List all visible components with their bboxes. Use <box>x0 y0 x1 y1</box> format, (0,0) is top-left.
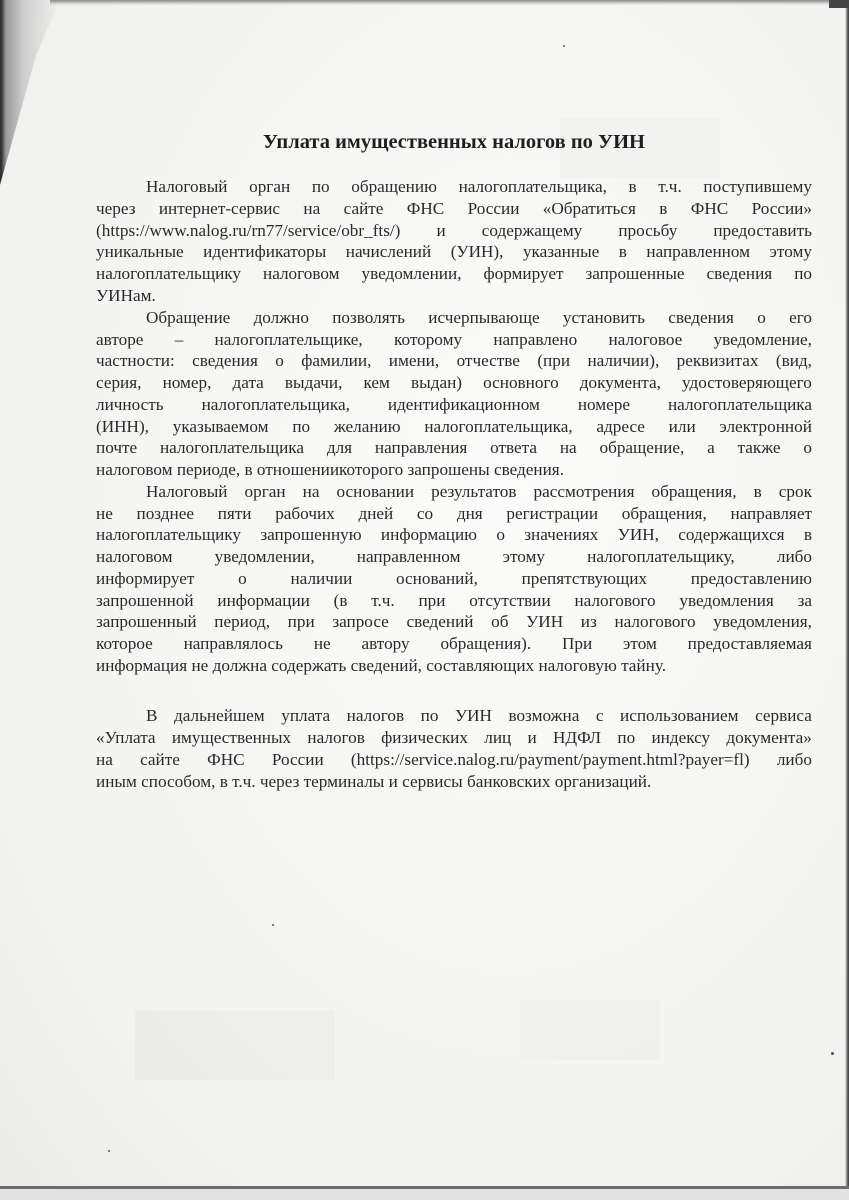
word: организаций. <box>555 771 652 793</box>
word: УИН, <box>618 524 659 546</box>
word: регистрации <box>506 503 598 525</box>
word: не <box>96 503 113 525</box>
word: установить <box>563 307 645 329</box>
word: в <box>619 241 627 263</box>
word: налогоплательщика <box>160 437 304 459</box>
word: налогоплательщика, <box>424 416 572 438</box>
word: с <box>596 705 604 727</box>
text-line: непозднеепятирабочихднейсоднярегистрации… <box>96 503 812 525</box>
word: на <box>303 481 320 503</box>
word: запрошенные <box>585 263 684 285</box>
word: основании <box>337 481 415 503</box>
word: документа» <box>726 727 811 749</box>
word: которое <box>96 633 153 655</box>
word: тайну. <box>621 655 666 677</box>
text-line: УИНам. <box>96 285 812 307</box>
word: налоговое <box>608 329 682 351</box>
word: России <box>272 749 324 771</box>
word: номер, <box>163 372 212 394</box>
word: «Обратиться <box>543 198 636 220</box>
word: направлено <box>493 329 577 351</box>
word: уведомлении, <box>362 263 462 285</box>
word: иным <box>96 771 137 793</box>
word: период, <box>214 611 270 633</box>
word: в <box>754 481 762 503</box>
word: уведомления, <box>713 611 812 633</box>
word: о <box>757 307 766 329</box>
word: запрошенной <box>96 590 194 612</box>
word: предоставляемая <box>688 633 812 655</box>
word: этому <box>503 546 545 568</box>
text-line: запрошенныйпериод,призапросесведенийобУИ… <box>96 611 812 633</box>
word: рассмотрения <box>534 481 635 503</box>
word: направлялось <box>184 633 283 655</box>
word: России» <box>752 198 812 220</box>
word: позволять <box>332 307 405 329</box>
word: этому <box>770 241 812 263</box>
word: запрошенную <box>260 524 361 546</box>
word: дата <box>233 372 264 394</box>
word: результатов <box>431 481 516 503</box>
word: налоговом <box>263 263 340 285</box>
word: документа, <box>580 372 661 394</box>
word: (УИН), <box>451 241 504 263</box>
word: содержать <box>271 655 346 677</box>
word: налогоплательщику <box>96 524 241 546</box>
word: способом, <box>141 771 215 793</box>
word: выдан) <box>411 372 462 394</box>
text-line: налогоплательщикуналоговомуведомлении,фо… <box>96 263 812 285</box>
word: указанные <box>523 241 599 263</box>
word: ФНС <box>691 198 728 220</box>
scanner-shadow-top-left <box>0 0 60 185</box>
word: личность <box>96 394 164 416</box>
word: ФНС <box>207 749 244 771</box>
word: об <box>491 611 508 633</box>
word: информирует <box>96 568 194 590</box>
word: этом <box>623 633 657 655</box>
word: сайте <box>344 198 384 220</box>
word: обращения, <box>622 503 707 525</box>
word: адресе <box>596 416 645 438</box>
word: в <box>804 524 812 546</box>
word: налогоплательщику, <box>587 546 735 568</box>
word: налогоплательщику <box>96 263 241 285</box>
word: – <box>175 329 184 351</box>
word: и <box>528 727 537 749</box>
word: обращения, <box>652 481 737 503</box>
word: основного <box>483 372 559 394</box>
word: оснований, <box>396 568 478 590</box>
word: уникальные <box>96 241 184 263</box>
word: Налоговый <box>146 481 227 503</box>
word: отчестве <box>457 350 520 372</box>
word: серия, <box>96 372 141 394</box>
word: налогов <box>347 705 404 727</box>
text-line: «Уплатаимущественныхналоговфизическихлиц… <box>96 727 812 749</box>
scan-speck <box>831 1052 834 1055</box>
word: по <box>312 176 330 198</box>
text-line: насайтеФНСРоссии(https://service.nalog.r… <box>96 749 812 771</box>
text-line: котороенаправлялосьнеавторуобращения).Пр… <box>96 633 812 655</box>
word: орган <box>249 176 290 198</box>
word: желанию <box>334 416 401 438</box>
word: со <box>417 503 433 525</box>
word: автору <box>361 633 409 655</box>
scanned-page: Уплата имущественных налогов по УИН Нало… <box>0 0 849 1200</box>
word: идентификаторы <box>203 241 326 263</box>
word: на <box>96 749 113 771</box>
word: которому <box>394 329 462 351</box>
word: уведомления <box>679 590 773 612</box>
word: индексу <box>651 727 710 749</box>
word: запросе <box>332 611 388 633</box>
word: содержащему <box>482 220 583 242</box>
word: т.ч. <box>371 590 394 612</box>
word: должно <box>254 307 309 329</box>
word: России <box>468 198 520 220</box>
word: Налоговый <box>146 176 227 198</box>
scan-speck <box>108 1150 110 1152</box>
text-line: личностьналогоплательщика,идентификацион… <box>96 394 812 416</box>
word: выдачи, <box>285 372 343 394</box>
word: сведений <box>406 611 473 633</box>
word: удостоверяющего <box>682 372 812 394</box>
word: позднее <box>137 503 194 525</box>
word: предоставлению <box>691 568 812 590</box>
text-line: налогоплательщикузапрошеннуюинформациюоз… <box>96 524 812 546</box>
word: сведения <box>668 307 734 329</box>
bleed-through-stamp-left <box>135 1010 335 1080</box>
scanner-edge-right <box>845 0 849 1200</box>
scanner-shadow-top <box>50 0 849 6</box>
word: идентификационном <box>388 394 540 416</box>
word: ФНС <box>407 198 444 220</box>
word: дальнейшем <box>174 705 265 727</box>
word: информация <box>96 655 187 677</box>
word: т.ч. <box>232 771 255 793</box>
word: Обращение <box>146 307 230 329</box>
word: При <box>562 633 592 655</box>
scanner-corner-top-right <box>829 0 849 8</box>
document-title: Уплата имущественных налогов по УИН <box>96 129 812 155</box>
word: УИН <box>455 705 492 727</box>
bleed-through-marks-right <box>520 1000 660 1060</box>
word: электронной <box>719 416 812 438</box>
word: а <box>707 437 715 459</box>
word: пяти <box>218 503 252 525</box>
word: (при <box>537 350 570 372</box>
word: содержащихся <box>678 524 784 546</box>
text-line: налоговомуведомлении,направленномэтомуна… <box>96 546 812 568</box>
word: либо <box>777 749 812 771</box>
word: налоговом <box>96 546 173 568</box>
word: и <box>389 771 398 793</box>
word: отсутствии <box>469 590 550 612</box>
word: при <box>288 611 315 633</box>
word: поступившему <box>703 176 812 198</box>
word: срок <box>779 481 812 503</box>
word: УИНам. <box>96 285 156 307</box>
word: имени, <box>389 350 439 372</box>
word: через <box>96 198 136 220</box>
word: за <box>798 590 812 612</box>
word: НДФЛ <box>553 727 601 749</box>
word: также <box>738 437 781 459</box>
text-line: уникальныеидентификаторыначислений(УИН),… <box>96 241 812 263</box>
word: «Уплата <box>96 727 156 749</box>
word: уплата <box>281 705 330 727</box>
word: должна <box>213 655 267 677</box>
word: уведомлении, <box>215 546 315 568</box>
word: налогоплательщика, <box>459 176 607 198</box>
word: о <box>275 350 284 372</box>
word: по <box>421 705 439 727</box>
word: значениях <box>524 524 598 546</box>
word: В <box>146 705 157 727</box>
word: налоговом <box>96 459 173 481</box>
word: рабочих <box>275 503 335 525</box>
word: и <box>436 220 445 242</box>
word: (ИНН), <box>96 416 149 438</box>
text-line: Обращениедолжнопозволятьисчерпывающеуста… <box>146 307 812 329</box>
word: по <box>292 416 310 438</box>
word: не <box>314 633 331 655</box>
word: реквизитах <box>677 350 759 372</box>
word: частности: <box>96 350 175 372</box>
word: по <box>617 727 635 749</box>
word: обращение, <box>600 437 685 459</box>
word: наличии), <box>587 350 659 372</box>
word: т.ч. <box>658 176 681 198</box>
word: УИН <box>526 611 563 633</box>
word: сведения <box>706 263 772 285</box>
text-line: авторе–налогоплательщике,которомунаправл… <box>96 329 812 351</box>
word: о <box>803 437 812 459</box>
word: предоставить <box>713 220 812 242</box>
word: начислений <box>346 241 431 263</box>
text-line: информациянедолжнасодержатьсведений,сост… <box>96 655 812 677</box>
word: (в <box>334 590 348 612</box>
word: сервисы <box>402 771 463 793</box>
word: почте <box>96 437 137 459</box>
word: для <box>327 437 352 459</box>
word: налогового <box>614 611 695 633</box>
text-line: Налоговыйорганнаоснованиирезультатоврасс… <box>146 481 812 503</box>
word: либо <box>777 546 812 568</box>
word: запрошенный <box>96 611 197 633</box>
word: физических <box>381 727 468 749</box>
word: терминалы <box>304 771 385 793</box>
word: (вид, <box>776 350 812 372</box>
text-line: инымспособом,вт.ч.черезтерминалыисервисы… <box>96 771 812 793</box>
word: банковских <box>467 771 550 793</box>
word: обращению <box>351 176 437 198</box>
word: сайте <box>140 749 180 771</box>
text-line: запрошеннойинформации(вт.ч.приотсутствии… <box>96 590 812 612</box>
word: авторе <box>96 329 143 351</box>
text-line: ВдальнейшемуплатаналоговпоУИНвозможнасис… <box>146 705 812 727</box>
text-line: Налоговыйорганпообращениюналогоплательщи… <box>146 176 812 198</box>
word: на <box>560 437 577 459</box>
word: его <box>789 307 812 329</box>
word: дня <box>457 503 483 525</box>
word: по <box>794 263 812 285</box>
word: (https://www.nalog.ru/rn77/service/obr_f… <box>96 220 400 242</box>
word: направления <box>375 437 467 459</box>
text-line: черезинтернет-сервиснасайтеФНСРоссии«Обр… <box>96 198 812 220</box>
word: номере <box>578 394 630 416</box>
word: или <box>669 416 696 438</box>
word: интернет-сервис <box>159 198 280 220</box>
word: из <box>581 611 597 633</box>
word: налогов <box>307 727 364 749</box>
word: имущественных <box>172 727 291 749</box>
word: наличии <box>290 568 352 590</box>
text-line: частности:сведенияофамилии,имени,отчеств… <box>96 350 812 372</box>
word: сведения <box>192 350 258 372</box>
word: не <box>191 655 208 677</box>
word: в <box>245 459 253 481</box>
word: отношениикоторого <box>257 459 403 481</box>
word: запрошены <box>407 459 489 481</box>
scan-speck <box>272 924 274 926</box>
word: налогоплательщика, <box>202 394 350 416</box>
word: уведомление, <box>714 329 812 351</box>
word: составляющих <box>426 655 534 677</box>
word: формирует <box>483 263 563 285</box>
word: указываемом <box>173 416 269 438</box>
text-line: информируетоналичииоснований,препятствую… <box>96 568 812 590</box>
word: налоговую <box>538 655 616 677</box>
text-line: серия,номер,датавыдачи,кемвыдан)основног… <box>96 372 812 394</box>
word: периоде, <box>177 459 240 481</box>
word: в <box>220 771 228 793</box>
text-line: (https://www.nalog.ru/rn77/service/obr_f… <box>96 220 812 242</box>
word: ответа <box>490 437 537 459</box>
word: на <box>303 198 320 220</box>
word: налогового <box>574 590 655 612</box>
word: препятствующих <box>522 568 647 590</box>
word: направляет <box>730 503 812 525</box>
word: в <box>659 198 667 220</box>
word: направленном <box>357 546 461 568</box>
word: сведения. <box>494 459 564 481</box>
word: направленном <box>646 241 750 263</box>
scan-speck <box>563 45 565 47</box>
word: обращения). <box>440 633 531 655</box>
word: использованием <box>620 705 739 727</box>
word: в <box>629 176 637 198</box>
text-line: почтеналогоплательщикадлянаправленияотве… <box>96 437 812 459</box>
word: информации <box>217 590 309 612</box>
word: дней <box>358 503 393 525</box>
text-line: налоговомпериоде,вотношениикоторогозапро… <box>96 459 812 481</box>
scanner-bed <box>0 1189 849 1200</box>
word: о <box>496 524 505 546</box>
text-line: (ИНН),указываемомпожеланиюналогоплательщ… <box>96 416 812 438</box>
word: сведений, <box>351 655 422 677</box>
word: фамилии, <box>301 350 371 372</box>
word: лиц <box>484 727 511 749</box>
word: кем <box>364 372 390 394</box>
word: о <box>238 568 247 590</box>
word: информацию <box>381 524 477 546</box>
word: налогоплательщика <box>668 394 812 416</box>
word: просьбу <box>618 220 677 242</box>
word: возможна <box>508 705 579 727</box>
word: исчерпывающе <box>428 307 539 329</box>
word: через <box>260 771 300 793</box>
word: при <box>418 590 445 612</box>
word: (https://service.nalog.ru/payment/paymen… <box>351 749 750 771</box>
word: сервиса <box>755 705 812 727</box>
word: орган <box>245 481 286 503</box>
word: налогоплательщике, <box>215 329 363 351</box>
